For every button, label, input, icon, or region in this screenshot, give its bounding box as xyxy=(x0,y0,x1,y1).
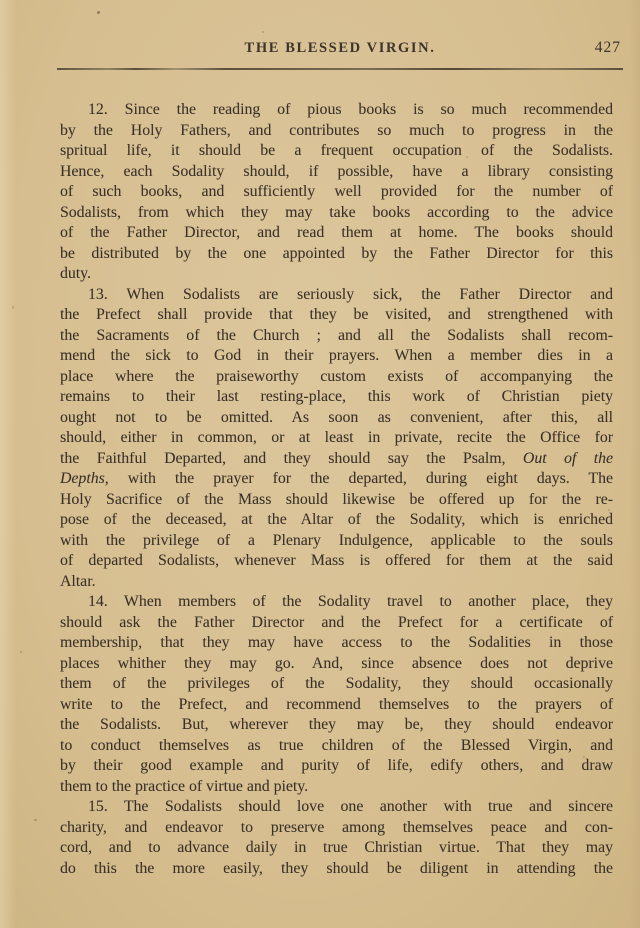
text-line: ought not to be omitted. As soon as conv… xyxy=(60,408,613,429)
text-line: Sodalists, from which they may take book… xyxy=(60,203,613,224)
body-text: them of the privileges of the Sodality, … xyxy=(60,675,613,692)
paper-speck xyxy=(97,11,100,14)
body-text: of departed Sodalists, whenever Mass is … xyxy=(60,552,613,569)
body-text: charity, and endeavor to preserve among … xyxy=(60,819,613,836)
text-line: do this the more easily, they should be … xyxy=(60,859,613,880)
page-number: 427 xyxy=(595,39,621,57)
text-line: the Faithful Departed, and they should s… xyxy=(60,449,613,470)
text-line: with the privilege of a Plenary Indulgen… xyxy=(60,531,613,552)
italic-text: Depths xyxy=(60,470,105,487)
text-line: by their good example and purity of life… xyxy=(60,756,613,777)
text-line: duty. xyxy=(60,264,613,285)
paragraph-13: 13. When Sodalists are seriously sick, t… xyxy=(60,285,613,593)
body-text: pose of the deceased, at the Altar of th… xyxy=(60,511,613,528)
text-line: the Sacraments of the Church ; and all t… xyxy=(60,326,613,347)
body-text: ought not to be omitted. As soon as conv… xyxy=(60,409,613,426)
text-line: Depths, with the prayer for the departed… xyxy=(60,469,613,490)
body-text: remains to their last resting-place, thi… xyxy=(60,388,613,405)
text-line: should, either in common, or at least in… xyxy=(60,428,613,449)
text-line: 15. The Sodalists should love one anothe… xyxy=(60,797,613,818)
body-text: do this the more easily, they should be … xyxy=(60,860,613,877)
paper-speck xyxy=(466,156,468,158)
paper-speck xyxy=(262,31,264,33)
text-line: to conduct themselves as true children o… xyxy=(60,736,613,757)
text-line: remains to their last resting-place, thi… xyxy=(60,387,613,408)
body-text: places whither they may go. And, since a… xyxy=(60,655,613,672)
text-line: 12. Since the reading of pious books is … xyxy=(60,100,613,121)
body-text: of such books, and sufficiently well pro… xyxy=(60,183,613,200)
body-text: of the Father Director, and read them at… xyxy=(60,224,613,241)
paragraph-12: 12. Since the reading of pious books is … xyxy=(60,100,613,285)
body-text: write to the Prefect, and recommend them… xyxy=(60,696,613,713)
text-line: of the Father Director, and read them at… xyxy=(60,223,613,244)
body-text: mend the sick to God in their prayers. W… xyxy=(60,347,613,364)
body-text: cord, and to advance daily in true Chris… xyxy=(60,839,613,856)
page-header: THE BLESSED VIRGIN. 427 xyxy=(57,40,623,60)
text-line: of such books, and sufficiently well pro… xyxy=(60,182,613,203)
body-text: the Sacraments of the Church ; and all t… xyxy=(60,327,613,344)
body-text: , with the prayer for the departed, duri… xyxy=(105,470,613,487)
body-text: the Sodalists. But, wherever they may be… xyxy=(60,716,613,733)
text-line: write to the Prefect, and recommend them… xyxy=(60,695,613,716)
page-body: 12. Since the reading of pious books is … xyxy=(60,100,613,879)
text-line: pose of the deceased, at the Altar of th… xyxy=(60,510,613,531)
body-text: 13. When Sodalists are seriously sick, t… xyxy=(88,286,613,303)
body-text: Sodalists, from which they may take book… xyxy=(60,204,613,221)
body-text: be distributed by the one appointed by t… xyxy=(60,245,613,262)
text-line: Hence, each Sodality should, if possible… xyxy=(60,162,613,183)
paper-speck xyxy=(20,651,22,653)
italic-text: Out of the xyxy=(523,450,613,467)
text-line: place where the praiseworthy custom exis… xyxy=(60,367,613,388)
text-line: the Prefect shall provide that they be v… xyxy=(60,305,613,326)
text-line: charity, and endeavor to preserve among … xyxy=(60,818,613,839)
text-line: them to the practice of virtue and piety… xyxy=(60,777,613,798)
body-text: should, either in common, or at least in… xyxy=(60,429,613,446)
paragraph-15: 15. The Sodalists should love one anothe… xyxy=(60,797,613,879)
body-text: membership, that they may have access to… xyxy=(60,634,613,651)
text-line: cord, and to advance daily in true Chris… xyxy=(60,838,613,859)
body-text: by the Holy Fathers, and contributes so … xyxy=(60,122,613,139)
text-line: should ask the Father Director and the P… xyxy=(60,613,613,634)
text-line: 13. When Sodalists are seriously sick, t… xyxy=(60,285,613,306)
body-text: should ask the Father Director and the P… xyxy=(60,614,613,631)
body-text: place where the praiseworthy custom exis… xyxy=(60,368,613,385)
body-text: Hence, each Sodality should, if possible… xyxy=(60,163,613,180)
body-text: the Faithful Departed, and they should s… xyxy=(60,450,523,467)
body-text: Holy Sacrifice of the Mass should likewi… xyxy=(60,491,613,508)
text-line: spritual life, it should be a frequent o… xyxy=(60,141,613,162)
body-text: them to the practice of virtue and piety… xyxy=(60,778,308,795)
text-line: of departed Sodalists, whenever Mass is … xyxy=(60,551,613,572)
text-line: Altar. xyxy=(60,572,613,593)
text-line: them of the privileges of the Sodality, … xyxy=(60,674,613,695)
header-rule xyxy=(57,68,623,70)
text-line: Holy Sacrifice of the Mass should likewi… xyxy=(60,490,613,511)
body-text: by their good example and purity of life… xyxy=(60,757,613,774)
body-text: to conduct themselves as true children o… xyxy=(60,737,613,754)
paragraph-14: 14. When members of the Sodality travel … xyxy=(60,592,613,797)
paper-speck xyxy=(583,756,585,758)
text-line: places whither they may go. And, since a… xyxy=(60,654,613,675)
body-text: Altar. xyxy=(60,573,96,590)
body-text: 14. When members of the Sodality travel … xyxy=(88,593,613,610)
body-text: spritual life, it should be a frequent o… xyxy=(60,142,613,159)
body-text: 15. The Sodalists should love one anothe… xyxy=(88,798,613,815)
text-line: mend the sick to God in their prayers. W… xyxy=(60,346,613,367)
running-title: THE BLESSED VIRGIN. xyxy=(57,40,623,57)
body-text: the Prefect shall provide that they be v… xyxy=(60,306,613,323)
body-text: duty. xyxy=(60,265,91,282)
text-line: membership, that they may have access to… xyxy=(60,633,613,654)
book-page-scan: THE BLESSED VIRGIN. 427 12. Since the re… xyxy=(0,0,640,928)
text-line: 14. When members of the Sodality travel … xyxy=(60,592,613,613)
body-text: with the privilege of a Plenary Indulgen… xyxy=(60,532,613,549)
text-line: by the Holy Fathers, and contributes so … xyxy=(60,121,613,142)
text-line: be distributed by the one appointed by t… xyxy=(60,244,613,265)
paper-speck xyxy=(12,306,14,309)
paper-speck xyxy=(608,509,610,511)
paper-speck xyxy=(34,819,37,821)
body-text: 12. Since the reading of pious books is … xyxy=(88,101,613,118)
text-line: the Sodalists. But, wherever they may be… xyxy=(60,715,613,736)
